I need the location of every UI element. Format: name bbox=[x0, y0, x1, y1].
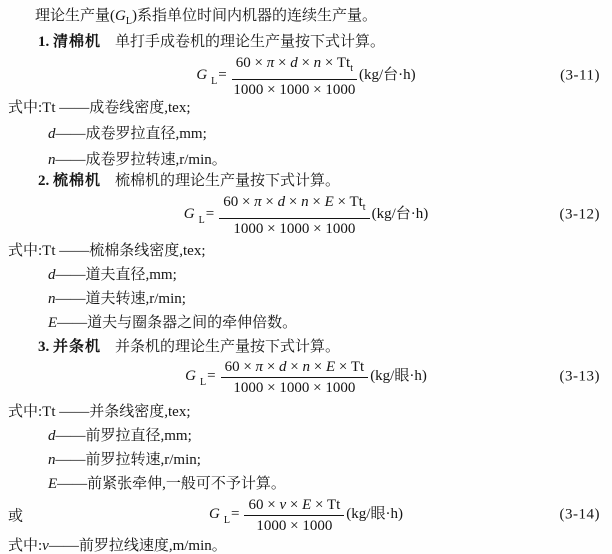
formula-3-11-lhs: G bbox=[196, 67, 207, 83]
section-1-lead: 单打手成卷机的理论生产量按下式计算。 bbox=[115, 34, 385, 50]
intro-text-pre: 理论生产量( bbox=[35, 8, 115, 24]
def-line: 式中:Tt ——梳棉条线密度,tex; bbox=[0, 241, 612, 261]
formula-3-12-unit: (kg/台·h) bbox=[372, 206, 429, 222]
def-desc: ——并条线密度,tex; bbox=[56, 404, 191, 420]
def-desc: ——前紧张牵伸,一般可不予计算。 bbox=[57, 476, 286, 492]
formula-3-12-eqno: (3-12) bbox=[560, 207, 601, 224]
equals-sign: = bbox=[218, 67, 226, 83]
variable-symbol: d bbox=[48, 126, 56, 142]
section-1-heading: 1. 清棉机单打手成卷机的理论生产量按下式计算。 bbox=[0, 32, 612, 52]
formula-3-12-lhs-sub: L bbox=[199, 214, 205, 225]
equals-sign: = bbox=[207, 368, 215, 384]
formula-3-11-fraction: 60 × π × d × n × Ttt1000 × 1000 × 1000 bbox=[232, 54, 357, 99]
or-label: 或 bbox=[8, 505, 23, 526]
section-2-lead: 梳棉机的理论生产量按下式计算。 bbox=[115, 173, 340, 189]
def-line: n——道夫转速,r/min; bbox=[0, 289, 612, 309]
section-2-number: 2. bbox=[38, 173, 49, 189]
formula-3-11-row: GL=60 × π × d × n × Ttt1000 × 1000 × 100… bbox=[0, 54, 612, 98]
def-label: 式中: bbox=[8, 538, 42, 554]
formula-3-12: GL=60 × π × d × n × E × Ttt1000 × 1000 ×… bbox=[184, 193, 428, 238]
section-3-machine-name: 并条机 bbox=[53, 339, 101, 355]
formula-3-14-denominator: 1000 × 1000 bbox=[244, 516, 344, 535]
formula-3-13-eqno: (3-13) bbox=[560, 369, 601, 386]
def-line: E——前紧张牵伸,一般可不予计算。 bbox=[0, 474, 612, 494]
formula-3-11: GL=60 × π × d × n × Ttt1000 × 1000 × 100… bbox=[196, 54, 415, 99]
variable-symbol: v bbox=[42, 538, 49, 554]
formula-3-13-denominator: 1000 × 1000 × 1000 bbox=[221, 378, 369, 397]
def-label: 式中: bbox=[8, 404, 42, 420]
intro-text-post: )系指单位时间内机器的连续生产量。 bbox=[132, 8, 377, 24]
section-1-number: 1. bbox=[38, 34, 49, 50]
section-3-lead: 并条机的理论生产量按下式计算。 bbox=[115, 339, 340, 355]
formula-3-14-eqno: (3-14) bbox=[560, 507, 601, 524]
variable-symbol: Tt bbox=[42, 404, 55, 420]
section-2-machine-name: 梳棉机 bbox=[53, 173, 101, 189]
def-label: 式中: bbox=[8, 243, 42, 259]
formula-3-13-lhs: G bbox=[185, 368, 196, 384]
def-label: 式中: bbox=[8, 100, 42, 116]
formula-3-12-numerator: 60 × π × d × n × E × Ttt bbox=[219, 193, 369, 219]
formula-3-13-fraction: 60 × π × d × n × E × Tt1000 × 1000 × 100… bbox=[221, 358, 369, 397]
variable-symbol: E bbox=[48, 476, 57, 492]
variable-symbol: Tt bbox=[42, 100, 55, 116]
formula-3-12-fraction: 60 × π × d × n × E × Ttt1000 × 1000 × 10… bbox=[219, 193, 369, 238]
variable-symbol: n bbox=[48, 291, 56, 307]
section-3-number: 3. bbox=[38, 339, 49, 355]
formula-3-14-row: 或 GL=60 × v × E × Tt1000 × 1000(kg/眼·h) … bbox=[0, 496, 612, 534]
formula-3-12-lhs: G bbox=[184, 206, 195, 222]
def-desc: ——成卷罗拉直径,mm; bbox=[56, 126, 207, 142]
equals-sign: = bbox=[206, 206, 214, 222]
formula-3-13-lhs-sub: L bbox=[200, 376, 206, 387]
formula-3-11-numerator: 60 × π × d × n × Ttt bbox=[232, 54, 357, 80]
def-line: d——成卷罗拉直径,mm; bbox=[0, 124, 612, 144]
formula-3-11-eqno: (3-11) bbox=[560, 68, 600, 85]
variable-symbol: E bbox=[48, 315, 57, 331]
def-line: 式中:Tt ——成卷线密度,tex; bbox=[0, 98, 612, 118]
section-2-heading: 2. 梳棉机梳棉机的理论生产量按下式计算。 bbox=[0, 171, 612, 191]
formula-3-13: GL=60 × π × d × n × E × Tt1000 × 1000 × … bbox=[185, 358, 427, 397]
def-desc: ——成卷罗拉转速,r/min。 bbox=[56, 152, 227, 168]
def-desc: ——道夫直径,mm; bbox=[56, 267, 177, 283]
formula-3-14-lhs-sub: L bbox=[224, 514, 230, 525]
formula-3-11-unit: (kg/台·h) bbox=[359, 67, 416, 83]
def-desc: ——道夫与圈条器之间的牵伸倍数。 bbox=[57, 315, 297, 331]
def-line: d——道夫直径,mm; bbox=[0, 265, 612, 285]
formula-3-13-unit: (kg/眼·h) bbox=[370, 368, 427, 384]
variable-symbol: d bbox=[48, 267, 56, 283]
variable-symbol: d bbox=[48, 428, 56, 444]
variable-symbol: Tt bbox=[42, 243, 55, 259]
formula-3-14-unit: (kg/眼·h) bbox=[346, 506, 403, 522]
formula-3-12-denominator: 1000 × 1000 × 1000 bbox=[219, 219, 369, 238]
def-desc: ——前罗拉直径,mm; bbox=[56, 428, 192, 444]
formula-3-14-fraction: 60 × v × E × Tt1000 × 1000 bbox=[244, 496, 344, 535]
def-line: 式中:Tt ——并条线密度,tex; bbox=[0, 402, 612, 422]
formula-3-11-denominator: 1000 × 1000 × 1000 bbox=[232, 80, 357, 99]
def-desc: ——梳棉条线密度,tex; bbox=[56, 243, 206, 259]
def-line: n——前罗拉转速,r/min; bbox=[0, 450, 612, 470]
def-line: n——成卷罗拉转速,r/min。 bbox=[0, 150, 612, 170]
def-line: E——道夫与圈条器之间的牵伸倍数。 bbox=[0, 313, 612, 333]
def-line: d——前罗拉直径,mm; bbox=[0, 426, 612, 446]
section-3-heading: 3. 并条机并条机的理论生产量按下式计算。 bbox=[0, 337, 612, 357]
formula-3-14-numerator: 60 × v × E × Tt bbox=[244, 496, 344, 516]
def-desc: ——前罗拉线速度,m/min。 bbox=[49, 538, 227, 554]
formula-3-13-row: GL=60 × π × d × n × E × Tt1000 × 1000 × … bbox=[0, 355, 612, 399]
variable-symbol: n bbox=[48, 452, 56, 468]
variable-symbol: n bbox=[48, 152, 56, 168]
formula-3-11-lhs-sub: L bbox=[211, 75, 217, 86]
intro-paragraph: 理论生产量(GL)系指单位时间内机器的连续生产量。 bbox=[0, 6, 612, 32]
formula-3-13-numerator: 60 × π × d × n × E × Tt bbox=[221, 358, 369, 378]
formula-3-12-row: GL=60 × π × d × n × E × Ttt1000 × 1000 ×… bbox=[0, 192, 612, 238]
def-desc: ——前罗拉转速,r/min; bbox=[56, 452, 201, 468]
def-desc: ——道夫转速,r/min; bbox=[56, 291, 186, 307]
formula-3-14: GL=60 × v × E × Tt1000 × 1000(kg/眼·h) bbox=[209, 496, 403, 535]
def-desc: ——成卷线密度,tex; bbox=[56, 100, 191, 116]
equals-sign: = bbox=[231, 506, 239, 522]
symbol-GL: G bbox=[115, 8, 126, 24]
def-line: 式中:v——前罗拉线速度,m/min。 bbox=[0, 536, 612, 554]
formula-3-14-lhs: G bbox=[209, 506, 220, 522]
section-1-machine-name: 清棉机 bbox=[53, 34, 101, 50]
textbook-page: 理论生产量(GL)系指单位时间内机器的连续生产量。 1. 清棉机单打手成卷机的理… bbox=[0, 0, 612, 554]
